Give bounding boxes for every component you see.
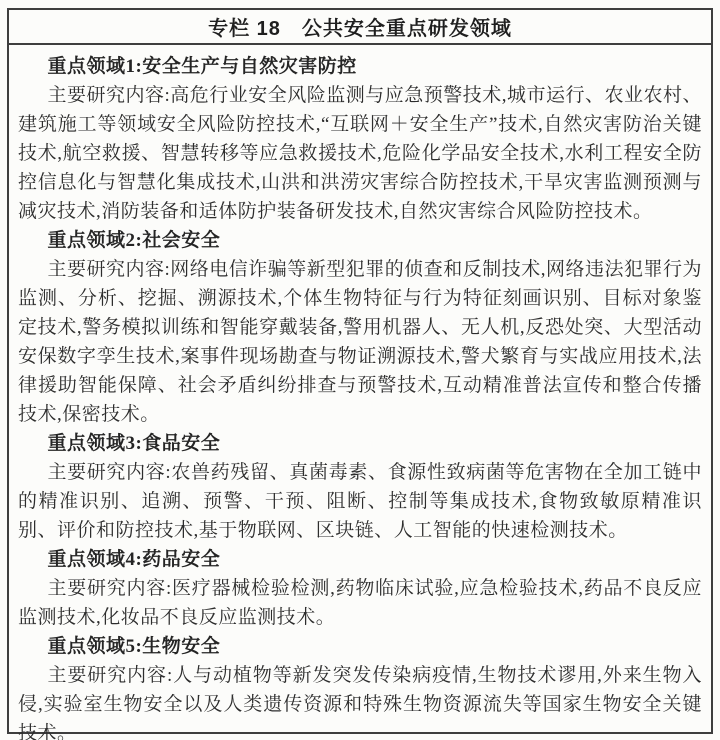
section-4-content: 主要研究内容:医疗器械检验检测,药物临床试验,应急检验技术,药品不良反应监测技术…: [18, 574, 702, 632]
section-2-heading: 重点领域2:社会安全: [18, 226, 702, 255]
box-title: 专栏 18 公共安全重点研发领域: [9, 10, 711, 45]
section-2-content: 主要研究内容:网络电信诈骗等新型犯罪的侦查和反制技术,网络违法犯罪行为监测、分析…: [18, 255, 702, 429]
callout-box: 专栏 18 公共安全重点研发领域 重点领域1:安全生产与自然灾害防控 主要研究内…: [7, 8, 713, 734]
section-4-heading: 重点领域4:药品安全: [18, 545, 702, 574]
section-5-content: 主要研究内容:人与动植物等新发突发传染病疫情,生物技术谬用,外来生物入侵,实验室…: [18, 661, 702, 740]
box-body: 重点领域1:安全生产与自然灾害防控 主要研究内容:高危行业安全风险监测与应急预警…: [9, 45, 711, 740]
section-3-heading: 重点领域3:食品安全: [18, 429, 702, 458]
section-1-content: 主要研究内容:高危行业安全风险监测与应急预警技术,城市运行、农业农村、建筑施工等…: [18, 81, 702, 226]
section-5-heading: 重点领域5:生物安全: [18, 632, 702, 661]
section-3-content: 主要研究内容:农兽药残留、真菌毒素、食源性致病菌等危害物在全加工链中的精准识别、…: [18, 458, 702, 545]
section-1-heading: 重点领域1:安全生产与自然灾害防控: [18, 52, 702, 81]
document-page: 专栏 18 公共安全重点研发领域 重点领域1:安全生产与自然灾害防控 主要研究内…: [0, 0, 720, 740]
